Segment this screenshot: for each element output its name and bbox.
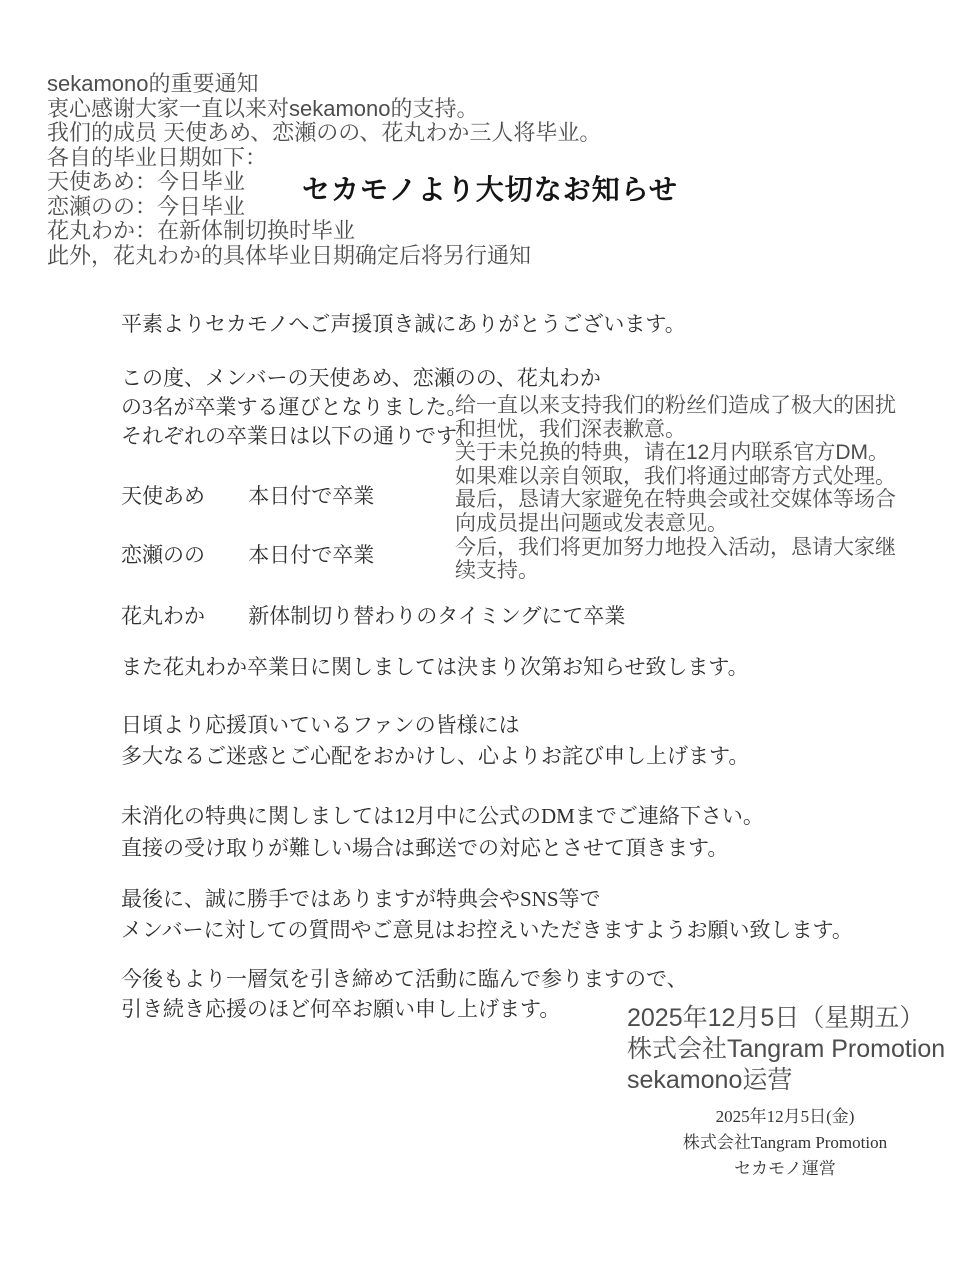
jp-signature-company: 株式会社Tangram Promotion (683, 1130, 887, 1156)
jp-closing-paragraph: 今後もより一層気を引き締めて活動に臨んで参りますので、 引き続き応援のほど何卒お… (121, 964, 688, 1024)
member-name: 天使あめ (121, 480, 243, 510)
notice-title: セカモノより大切なお知らせ (302, 168, 678, 208)
jp-signature-block: 2025年12月5日(金) 株式会社Tangram Promotion セカモノ… (683, 1104, 887, 1182)
jp-apology-line: 日頃より応援頂いているファンの皆様には (121, 710, 749, 741)
jp-request-line: メンバーに対しての質問やご意見はお控えいただきますようお願い致します。 (121, 915, 853, 946)
cn-signature-block: 2025年12月5日（星期五） 株式会社Tangram Promotion se… (627, 1003, 945, 1096)
cn-summary-line: 此外，花丸わか的具体毕业日期确定后将另行通知 (47, 244, 601, 269)
member-row: 天使あめ 本日付で卒業 (121, 480, 374, 510)
cn-translation-block: 给一直以来支持我们的粉丝们造成了极大的困扰 和担忧，我们深表歉意。 关于未兑换的… (455, 394, 896, 583)
cn-signature-company: 株式会社Tangram Promotion (627, 1034, 945, 1065)
cn-summary-line: 花丸わか：在新体制切换时毕业 (47, 219, 601, 244)
announcement-page: sekamono的重要通知 衷心感谢大家一直以来对sekamono的支持。 我们… (0, 0, 979, 1280)
member-row: 花丸わか 新体制切り替わりのタイミングにて卒業 (121, 600, 625, 630)
member-name: 花丸わか (121, 600, 243, 630)
cn-summary-line: 衷心感谢大家一直以来对sekamono的支持。 (47, 97, 601, 122)
jp-benefits-line: 未消化の特典に関しましては12月中に公式のDMまでご連絡下さい。 (121, 800, 764, 832)
jp-intro-line: この度、メンバーの天使あめ、恋瀬のの、花丸わか (121, 364, 601, 393)
cn-summary-line: 我们的成员 天使あめ、恋瀬のの、花丸わか三人将毕业。 (47, 121, 601, 146)
jp-closing-line: 今後もより一層気を引き締めて活動に臨んで参りますので、 (121, 964, 688, 994)
cn-translation-line: 如果难以亲自领取，我们将通过邮寄方式处理。 (455, 465, 896, 489)
jp-request-paragraph: 最後に、誠に勝手ではありますが特典会やSNS等で メンバーに対しての質問やご意見… (121, 884, 853, 946)
member-row: 恋瀬のの 本日付で卒業 (121, 539, 374, 569)
cn-translation-line: 续支持。 (455, 559, 896, 583)
jp-request-line: 最後に、誠に勝手ではありますが特典会やSNS等で (121, 884, 853, 915)
jp-followup-line: また花丸わか卒業日に関しましては決まり次第お知らせ致します。 (121, 651, 749, 681)
cn-summary-line: sekamono的重要通知 (47, 72, 601, 97)
cn-signature-date: 2025年12月5日（星期五） (627, 1003, 945, 1034)
jp-greeting-line: 平素よりセカモノへご声援頂き誠にありがとうございます。 (121, 308, 686, 338)
cn-translation-line: 给一直以来支持我们的粉丝们造成了极大的困扰 (455, 394, 896, 418)
jp-signature-operator: セカモノ運営 (683, 1156, 887, 1182)
jp-closing-line: 引き続き応援のほど何卒お願い申し上げます。 (121, 994, 688, 1024)
cn-summary-line: 各自的毕业日期如下： (47, 146, 601, 171)
cn-translation-line: 向成员提出问题或发表意见。 (455, 512, 896, 536)
member-graduation-detail: 本日付で卒業 (248, 543, 374, 567)
jp-benefits-line: 直接の受け取りが難しい場合は郵送での対応とさせて頂きます。 (121, 832, 764, 864)
cn-translation-line: 今后，我们将更加努力地投入活动，恳请大家继 (455, 536, 896, 560)
jp-apology-paragraph: 日頃より応援頂いているファンの皆様には 多大なるご迷惑とご心配をおかけし、心より… (121, 710, 749, 772)
jp-benefits-paragraph: 未消化の特典に関しましては12月中に公式のDMまでご連絡下さい。 直接の受け取り… (121, 800, 764, 864)
jp-signature-date: 2025年12月5日(金) (683, 1104, 887, 1130)
member-graduation-detail: 本日付で卒業 (248, 484, 374, 508)
cn-translation-line: 和担忧，我们深表歉意。 (455, 418, 896, 442)
member-name: 恋瀬のの (121, 539, 243, 569)
cn-translation-line: 关于未兑换的特典，请在12月内联系官方DM。 (455, 441, 896, 465)
cn-translation-line: 最后，恳请大家避免在特典会或社交媒体等场合 (455, 488, 896, 512)
cn-signature-operator: sekamono运营 (627, 1065, 945, 1096)
jp-apology-line: 多大なるご迷惑とご心配をおかけし、心よりお詫び申し上げます。 (121, 741, 749, 772)
member-graduation-detail: 新体制切り替わりのタイミングにて卒業 (248, 604, 625, 628)
